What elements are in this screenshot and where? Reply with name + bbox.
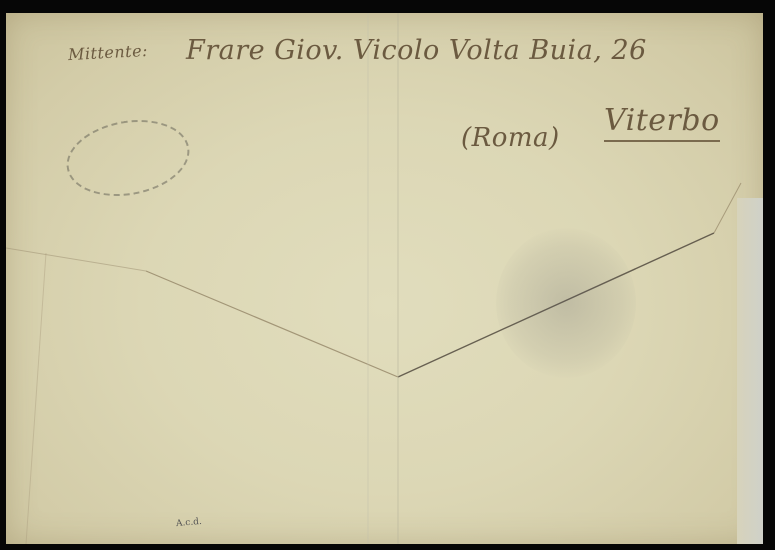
envelope-back: Mittente: Frare Giov. Vicolo Volta Buia,… xyxy=(6,13,763,544)
sender-address: Frare Giov. Vicolo Volta Buia, 26 xyxy=(186,35,647,66)
envelope-edge-strip xyxy=(737,198,763,544)
envelope-flap-lines xyxy=(6,13,763,544)
city-note: (Roma) xyxy=(461,123,560,153)
sender-city: Viterbo xyxy=(604,103,720,142)
postmark-smudge xyxy=(496,228,636,378)
